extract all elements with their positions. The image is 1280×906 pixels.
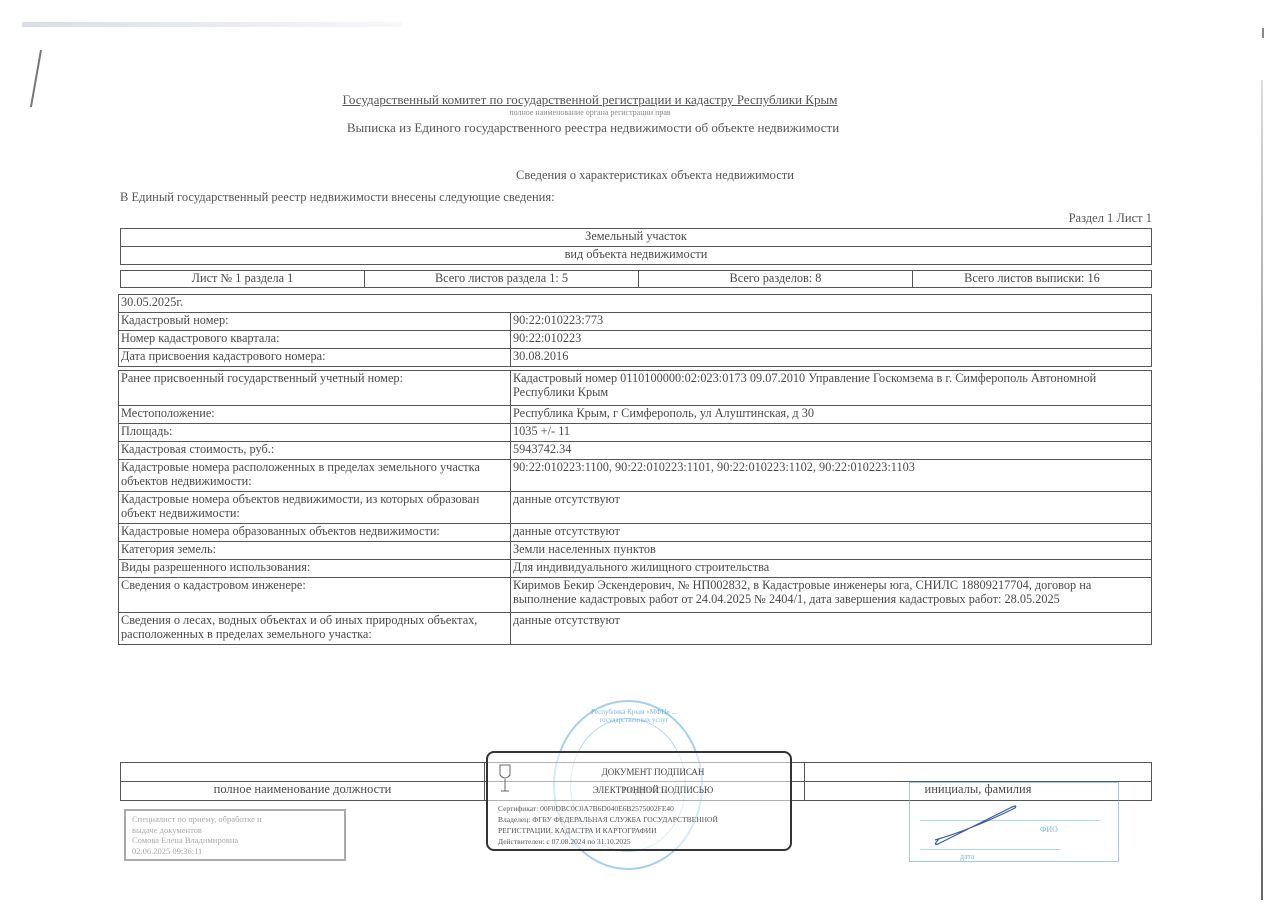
scan-edge-mark <box>1262 28 1264 38</box>
handwritten-signature-icon <box>930 800 1020 850</box>
row-label: Дата присвоения кадастрового номера: <box>119 349 511 367</box>
organization-name: Государственный комитет по государственн… <box>0 92 1180 108</box>
row-label: Местоположение: <box>119 406 511 424</box>
row-value: данные отсутствуют <box>511 524 1152 542</box>
table-row: Кадастровые номера объектов недвижимости… <box>119 492 1152 524</box>
row-label: Виды разрешенного использования: <box>119 560 511 578</box>
row-label: Кадастровая стоимость, руб.: <box>119 442 511 460</box>
object-type-caption: вид объекта недвижимости <box>121 247 1152 265</box>
row-value: Республика Крым, г Симферополь, ул Алушт… <box>511 406 1152 424</box>
table-row: Ранее присвоенный государственный учетны… <box>119 371 1152 406</box>
table-row: Кадастровый номер: 90:22:010223:773 <box>119 313 1152 331</box>
document-title: Выписка из Единого государственного реес… <box>0 120 1186 136</box>
table-row: Кадастровые номера расположенных в преде… <box>119 460 1152 492</box>
esign-owner-cont: РЕГИСТРАЦИИ, КАДАСТРА И КАРТОГРАФИИ <box>498 825 788 836</box>
esign-owner: Владелец: ФГБУ ФЕДЕРАЛЬНАЯ СЛУЖБА ГОСУДА… <box>498 814 788 825</box>
certify-date-label: дата <box>960 852 975 861</box>
row-value: данные отсутствуют <box>511 492 1152 524</box>
scan-page-edge <box>1261 80 1263 900</box>
assignment-date: 30.08.2016 <box>511 349 1152 367</box>
extract-sheets-total: Всего листов выписки: 16 <box>913 271 1152 288</box>
esign-subtitle: ЭЛЕКТРОННОЙ ПОДПИСЬЮ <box>488 785 788 795</box>
row-label: Кадастровые номера объектов недвижимости… <box>119 492 511 524</box>
clerk-stamp-line: Сомова Елена Владимировна <box>132 835 338 846</box>
cadastral-quarter: 90:22:010223 <box>511 331 1152 349</box>
table-row: Категория земель: Земли населенных пункт… <box>119 542 1152 560</box>
esign-validity: Действителен: с 07.08.2024 по 31.10.2025 <box>498 836 788 847</box>
esign-certificate: Сертификат: 00F0DBC0C0A7B6D040E6B2575002… <box>498 803 788 814</box>
section-sheet-label: Раздел 1 Лист 1 <box>900 211 1152 226</box>
row-label: Площадь: <box>119 424 511 442</box>
scan-artifact-streak <box>22 22 402 27</box>
clerk-stamp-line: выдаче документов <box>132 825 338 836</box>
row-label: Сведения о лесах, водных объектах и об и… <box>119 613 511 645</box>
organization-caption: полное наименование органа регистрации п… <box>0 108 1180 117</box>
row-label: Кадастровые номера образованных объектов… <box>119 524 511 542</box>
row-value: Для индивидуального жилищного строительс… <box>511 560 1152 578</box>
esign-title: ДОКУМЕНТ ПОДПИСАН <box>488 767 788 777</box>
row-value: 5943742.34 <box>511 442 1152 460</box>
table-row: Кадастровая стоимость, руб.: 5943742.34 <box>119 442 1152 460</box>
clerk-stamp: Специалист по приему, обработке и выдаче… <box>124 809 346 861</box>
row-label: Ранее присвоенный государственный учетны… <box>119 371 511 406</box>
table-row: Дата присвоения кадастрового номера: 30.… <box>119 349 1152 367</box>
row-value: данные отсутствуют <box>511 613 1152 645</box>
position-caption: полное наименование должности <box>121 782 485 801</box>
table-row: Площадь: 1035 +/- 11 <box>119 424 1152 442</box>
row-value: 90:22:010223:1100, 90:22:010223:1101, 90… <box>511 460 1152 492</box>
table-row: Номер кадастрового квартала: 90:22:01022… <box>119 331 1152 349</box>
position-cell <box>121 763 485 782</box>
section-intro: В Единый государственный реестр недвижим… <box>120 190 555 205</box>
electronic-signature-box: ДОКУМЕНТ ПОДПИСАН ЭЛЕКТРОННОЙ ПОДПИСЬЮ С… <box>486 751 792 851</box>
row-value: Земли населенных пунктов <box>511 542 1152 560</box>
table-row: Местоположение: Республика Крым, г Симфе… <box>119 406 1152 424</box>
esign-details: Сертификат: 00F0DBC0C0A7B6D040E6B2575002… <box>498 803 788 847</box>
row-value: Киримов Бекир Эскендерович, № НП002832, … <box>511 578 1152 613</box>
row-label: Кадастровые номера расположенных в преде… <box>119 460 511 492</box>
row-label: Номер кадастрового квартала: <box>119 331 511 349</box>
clerk-stamp-line: Специалист по приему, обработке и <box>132 814 338 825</box>
row-value: Кадастровый номер 0110100000:02:023:0173… <box>511 371 1152 406</box>
row-label: Категория земель: <box>119 542 511 560</box>
extract-date: 30.05.2025г. <box>119 295 1152 313</box>
basic-info-table: 30.05.2025г. Кадастровый номер: 90:22:01… <box>118 294 1152 367</box>
table-row: Сведения о лесах, водных объектах и об и… <box>119 613 1152 645</box>
table-row: Кадастровые номера образованных объектов… <box>119 524 1152 542</box>
object-type: Земельный участок <box>121 229 1152 247</box>
row-label: Кадастровый номер: <box>119 313 511 331</box>
section-title: Сведения о характеристиках объекта недви… <box>0 168 1280 183</box>
sections-total: Всего разделов: 8 <box>639 271 913 288</box>
sheets-table: Лист № 1 раздела 1 Всего листов раздела … <box>120 270 1152 288</box>
row-value: 1035 +/- 11 <box>511 424 1152 442</box>
table-row: Сведения о кадастровом инженере: Киримов… <box>119 578 1152 613</box>
row-label: Сведения о кадастровом инженере: <box>119 578 511 613</box>
clerk-stamp-line: 02.06.2025 09:36:11 <box>132 846 338 857</box>
name-cell <box>805 763 1152 782</box>
details-table: Ранее присвоенный государственный учетны… <box>118 370 1152 645</box>
table-row: Виды разрешенного использования: Для инд… <box>119 560 1152 578</box>
section-sheets-total: Всего листов раздела 1: 5 <box>365 271 639 288</box>
object-type-table: Земельный участок вид объекта недвижимос… <box>120 228 1152 265</box>
certify-fio-label: ФИО <box>1040 825 1058 834</box>
cadastral-number: 90:22:010223:773 <box>511 313 1152 331</box>
round-mfc-stamp-text: Республика Крым «МФЦ» ... государственны… <box>574 708 694 724</box>
sheet-number: Лист № 1 раздела 1 <box>121 271 365 288</box>
